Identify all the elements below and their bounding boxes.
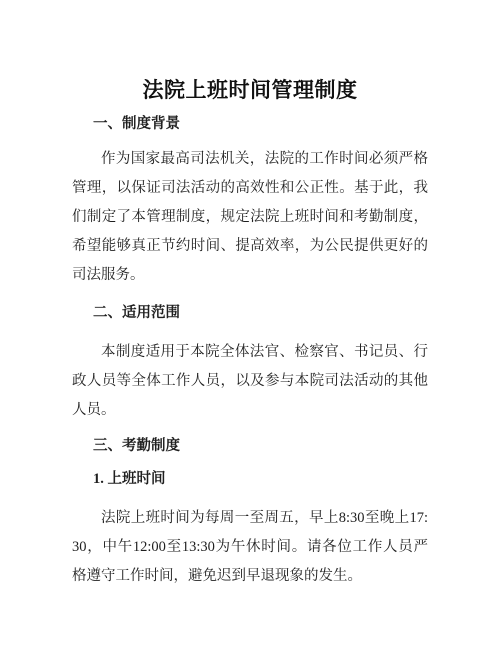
document-title: 法院上班时间管理制度: [72, 78, 428, 104]
section-heading-scope: 二、适用范围: [93, 305, 428, 321]
section-heading-attendance: 三、考勤制度: [93, 438, 428, 454]
paragraph-work-hours: 法院上班时间为每周一至周五，早上8:30至晚上17:30，中午12:00至13:…: [72, 504, 428, 591]
section-heading-background: 一、制度背景: [93, 116, 428, 132]
paragraph-background: 作为国家最高司法机关，法院的工作时间必须严格管理，以保证司法活动的高效性和公正性…: [72, 145, 428, 290]
document-body: 法院上班时间管理制度 一、制度背景 作为国家最高司法机关，法院的工作时间必须严格…: [0, 0, 500, 591]
subsection-heading-work-hours: 1. 上班时间: [93, 471, 428, 487]
paragraph-scope: 本制度适用于本院全体法官、检察官、书记员、行政人员等全体工作人员，以及参与本院司…: [72, 338, 428, 425]
document-page: 法院上班时间管理制度 一、制度背景 作为国家最高司法机关，法院的工作时间必须严格…: [0, 0, 500, 647]
